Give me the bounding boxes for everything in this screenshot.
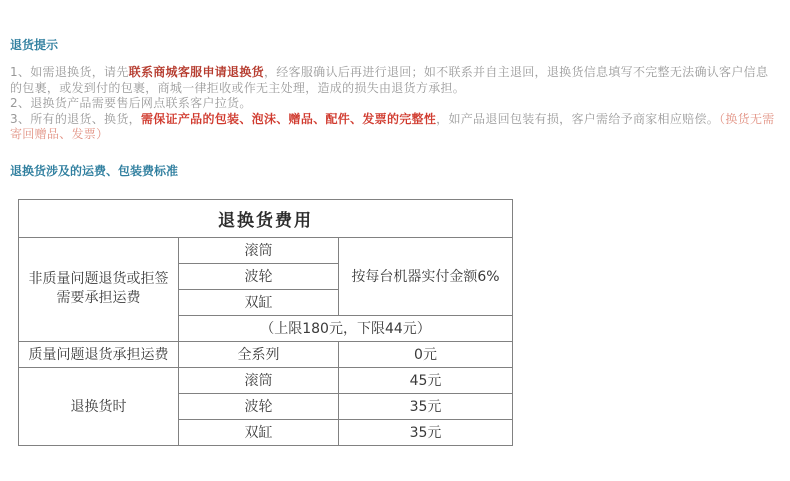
page-content: 退货提示 1、如需退换货，请先联系商城客服申请退换货，经客服确认后再进行退回；如… [0, 0, 790, 446]
table-row: 非质量问题退货或拒签 需要承担运费 滚筒 按每台机器实付金额6% [19, 237, 513, 263]
notice-2-text: 2、退换货产品需要售后网点联系客户拉货。 [10, 96, 252, 110]
quality-fee-cell: 0元 [339, 341, 513, 367]
non-quality-label-cell: 非质量问题退货或拒签 需要承担运费 [19, 237, 179, 341]
exchange-sub1-cell: 滚筒 [179, 367, 339, 393]
table-row: 退换货时 滚筒 45元 [19, 367, 513, 393]
notice-3-text-cont: ，如产品退回包装有损，客户需给予商家相应赔偿。 [436, 112, 719, 126]
notice-1-text: 1、如需退换货，请先 [10, 65, 129, 79]
exchange-sub3-cell: 双缸 [179, 419, 339, 445]
exchange-fee3-cell: 35元 [339, 419, 513, 445]
table-row: 退换货费用 [19, 199, 513, 237]
fee-table: 退换货费用 非质量问题退货或拒签 需要承担运费 滚筒 按每台机器实付金额6% 波… [18, 199, 513, 446]
non-quality-sub3-cell: 双缸 [179, 289, 339, 315]
notice-list: 1、如需退换货，请先联系商城客服申请退换货，经客服确认后再进行退回；如不联系并自… [10, 65, 780, 143]
exchange-fee1-cell: 45元 [339, 367, 513, 393]
notice-3-highlight: 需保证产品的包装、泡沫、赠品、配件、发票的完整性 [141, 112, 436, 126]
quality-sub-cell: 全系列 [179, 341, 339, 367]
exchange-fee2-cell: 35元 [339, 393, 513, 419]
notice-item-3: 3、所有的退货、换货，需保证产品的包装、泡沫、赠品、配件、发票的完整性，如产品退… [10, 112, 780, 143]
non-quality-sub2-cell: 波轮 [179, 263, 339, 289]
return-policy-page: 退货提示 1、如需退换货，请先联系商城客服申请退换货，经客服确认后再进行退回；如… [0, 0, 790, 481]
notice-item-1: 1、如需退换货，请先联系商城客服申请退换货，经客服确认后再进行退回；如不联系并自… [10, 65, 780, 96]
exchange-label-cell: 退换货时 [19, 367, 179, 445]
table-row: 质量问题退货承担运费 全系列 0元 [19, 341, 513, 367]
non-quality-fee-cell: 按每台机器实付金额6% [339, 237, 513, 315]
non-quality-limit-cell: （上限180元，下限44元） [179, 315, 513, 341]
notice-1-highlight: 联系商城客服申请退换货 [129, 65, 264, 79]
notice-3-text: 3、所有的退货、换货， [10, 112, 141, 126]
non-quality-sub1-cell: 滚筒 [179, 237, 339, 263]
fee-standard-heading: 退换货涉及的运费、包装费标准 [10, 164, 780, 178]
fee-table-title: 退换货费用 [19, 199, 513, 237]
quality-label-cell: 质量问题退货承担运费 [19, 341, 179, 367]
return-notice-heading: 退货提示 [10, 38, 780, 52]
exchange-sub2-cell: 波轮 [179, 393, 339, 419]
notice-item-2: 2、退换货产品需要售后网点联系客户拉货。 [10, 96, 780, 112]
